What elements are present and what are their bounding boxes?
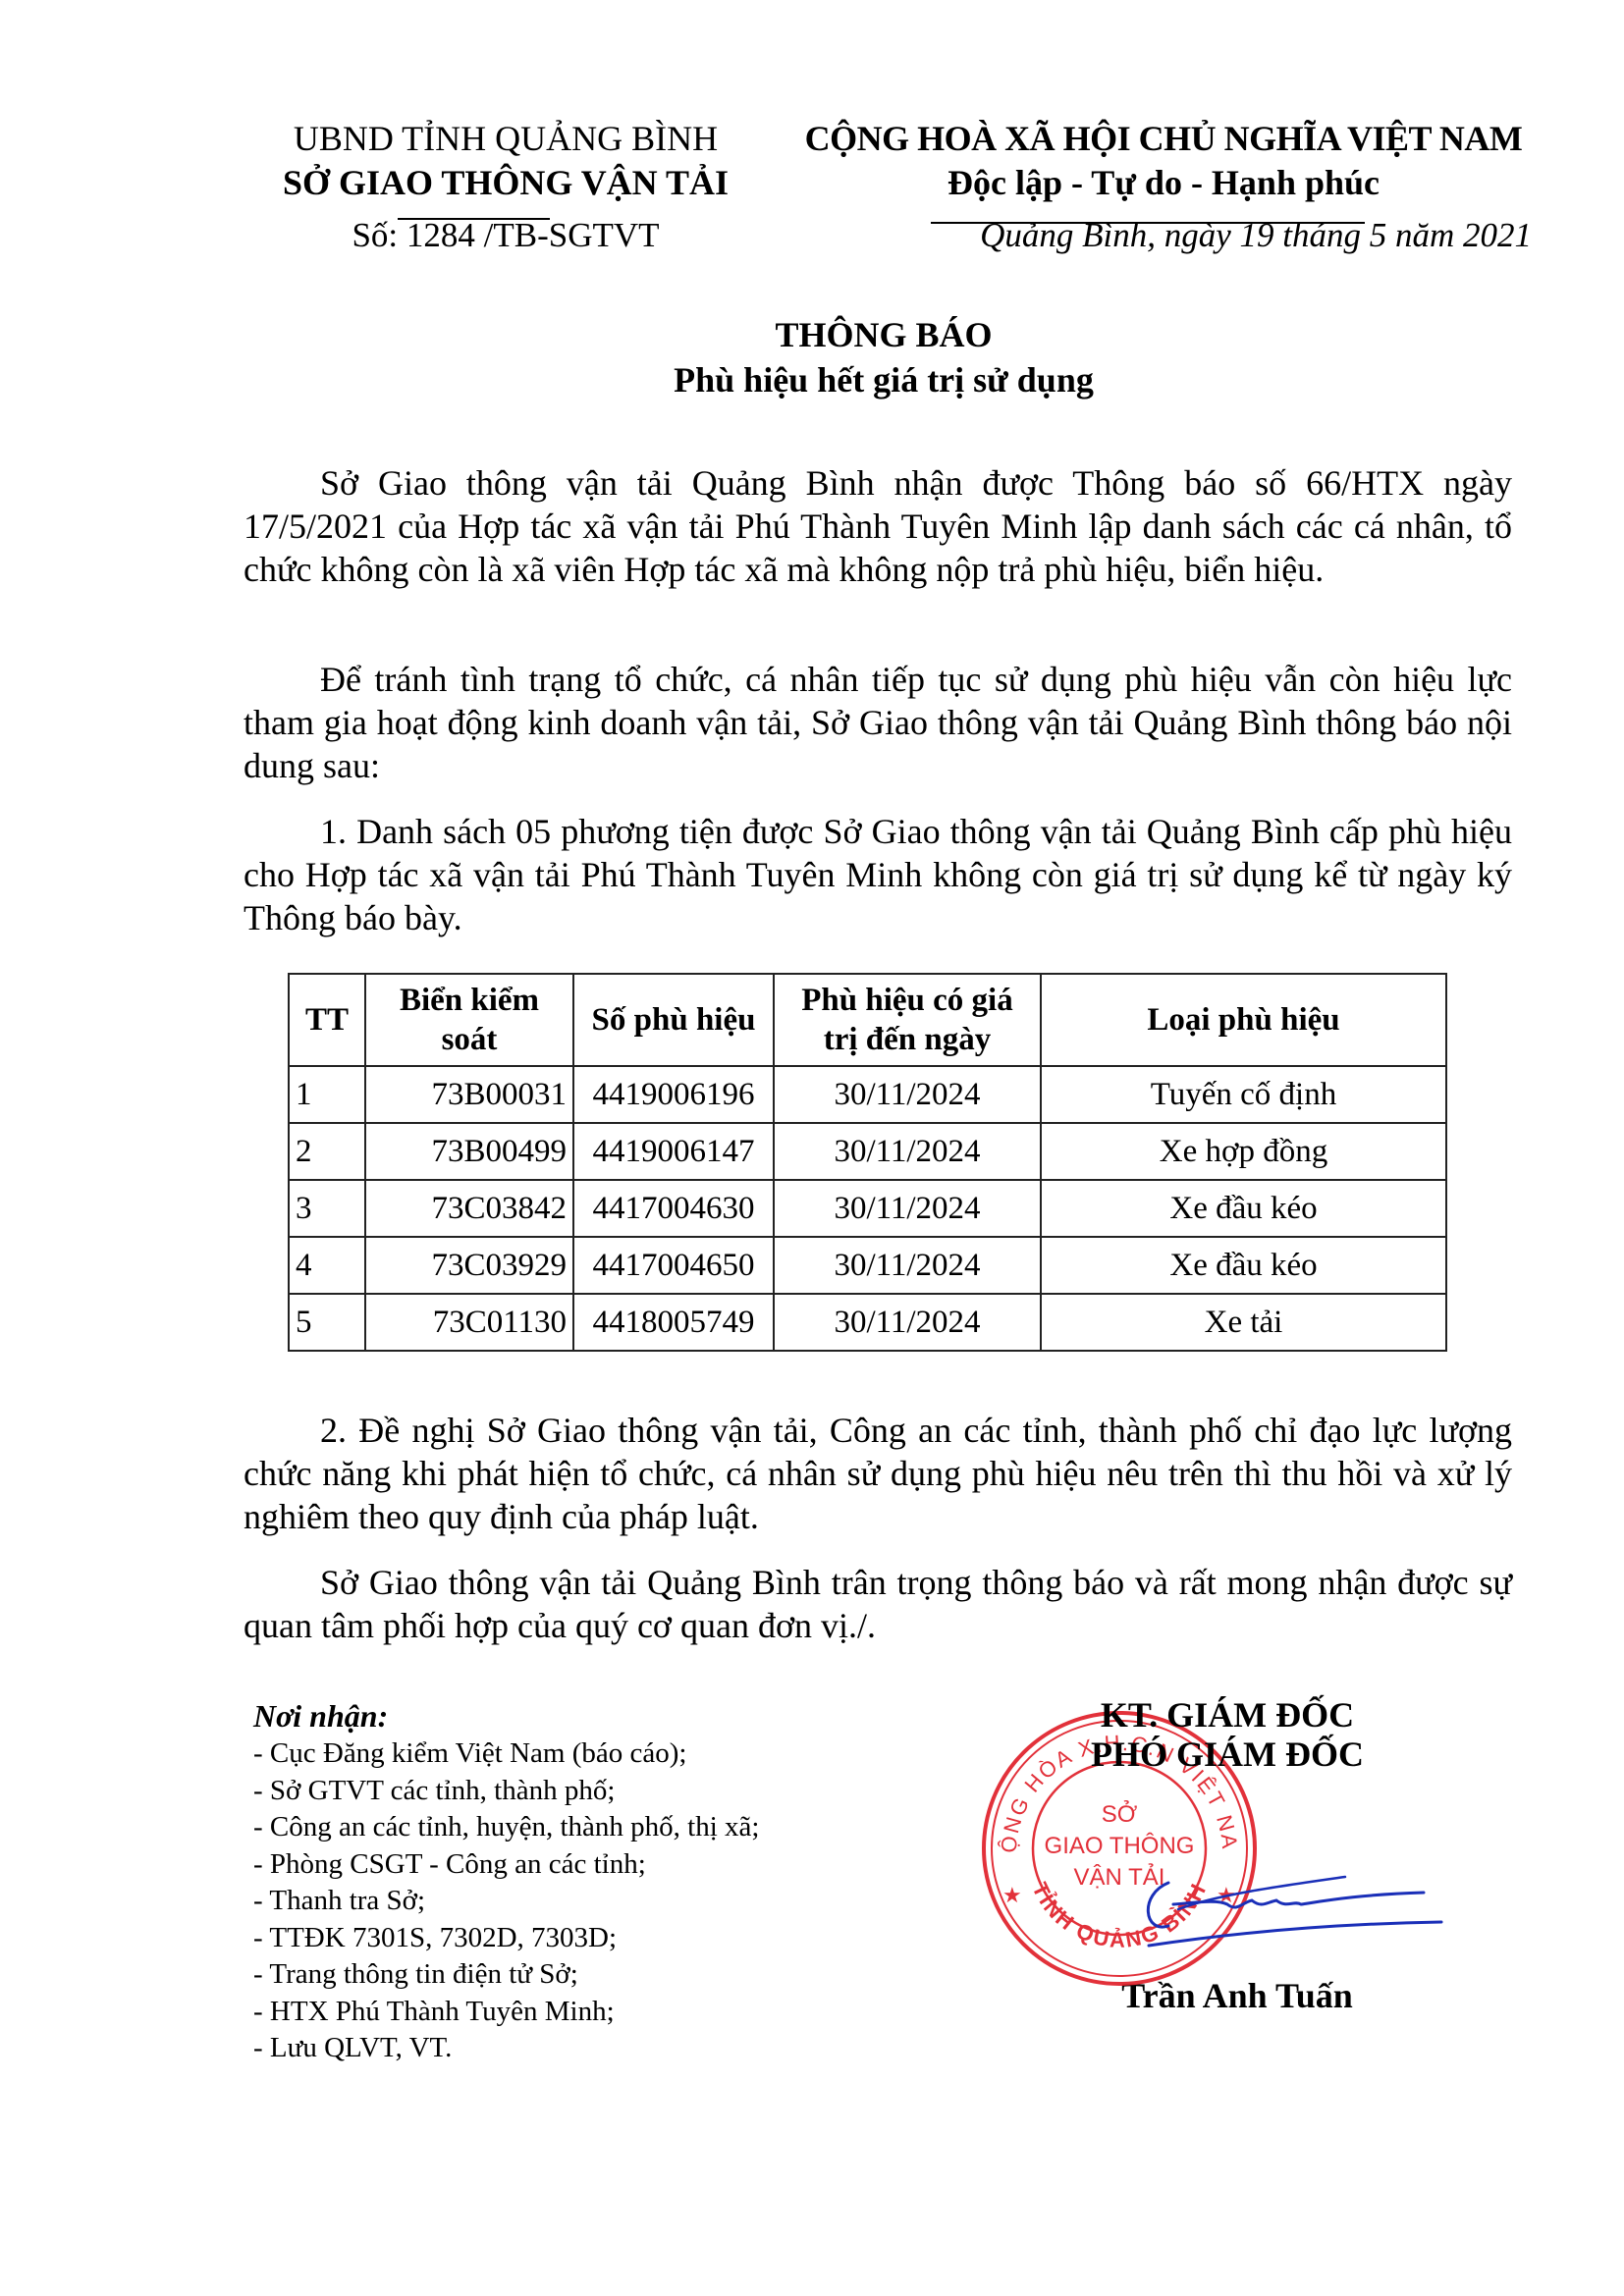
cell-valid-until: 30/11/2024 [774, 1066, 1041, 1123]
svg-text:SỞ: SỞ [1102, 1799, 1138, 1828]
cell-badge-type: Xe đầu kéo [1041, 1237, 1446, 1294]
table-row: 573C01130441800574930/11/2024Xe tải [289, 1294, 1446, 1351]
col-header-valid-until: Phù hiệu có giá trị đến ngày [774, 974, 1041, 1066]
table-header-row: TT Biển kiểm soát Số phù hiệu Phù hiệu c… [289, 974, 1446, 1066]
recipient-item: - Phòng CSGT - Công an các tỉnh; [253, 1846, 862, 1884]
col-header-badge-type: Loại phù hiệu [1041, 974, 1446, 1066]
national-motto: Độc lập - Tự do - Hạnh phúc [776, 161, 1551, 204]
cell-valid-until: 30/11/2024 [774, 1123, 1041, 1180]
col-header-badge-number: Số phù hiệu [573, 974, 774, 1066]
signer-position: PHÓ GIÁM ĐỐC [1031, 1735, 1424, 1774]
cell-badge-type: Xe đầu kéo [1041, 1180, 1446, 1237]
national-header-block: CỘNG HOÀ XÃ HỘI CHỦ NGHĨA VIỆT NAM Độc l… [776, 116, 1551, 257]
issuing-agency-block: UBND TỈNH QUẢNG BÌNH SỞ GIAO THÔNG VẬN T… [245, 116, 766, 257]
document-type: THÔNG BÁO [245, 312, 1522, 357]
cell-tt: 4 [289, 1237, 365, 1294]
agency-name: SỞ GIAO THÔNG VẬN TẢI [245, 161, 766, 204]
nation-name: CỘNG HOÀ XÃ HỘI CHỦ NGHĨA VIỆT NAM [776, 116, 1551, 161]
recipient-item: - Thanh tra Sở; [253, 1883, 862, 1920]
cell-plate: 73B00499 [365, 1123, 573, 1180]
recipient-item: - HTX Phú Thành Tuyên Minh; [253, 1994, 862, 2031]
recipient-item: - Lưu QLVT, VT. [253, 2030, 862, 2067]
cell-plate: 73C03842 [365, 1180, 573, 1237]
cell-badge-number: 4417004650 [573, 1237, 774, 1294]
recipient-item: - Cục Đăng kiểm Việt Nam (báo cáo); [253, 1735, 862, 1773]
table-row: 273B00499441900614730/11/2024Xe hợp đồng [289, 1123, 1446, 1180]
cell-valid-until: 30/11/2024 [774, 1294, 1041, 1351]
recipient-item: - TTĐK 7301S, 7302D, 7303D; [253, 1920, 862, 1957]
cell-badge-type: Xe tải [1041, 1294, 1446, 1351]
table-row: 173B00031441900619630/11/2024Tuyến cố đị… [289, 1066, 1446, 1123]
motto-underline [931, 222, 1365, 224]
cell-valid-until: 30/11/2024 [774, 1237, 1041, 1294]
cell-tt: 2 [289, 1123, 365, 1180]
cell-badge-number: 4418005749 [573, 1294, 774, 1351]
document-number-value: 1284 [406, 216, 475, 254]
cell-badge-type: Xe hợp đồng [1041, 1123, 1446, 1180]
svg-text:GIAO THÔNG: GIAO THÔNG [1045, 1832, 1195, 1859]
recipients-list: Nơi nhận: - Cục Đăng kiểm Việt Nam (báo … [253, 1696, 862, 2067]
recipient-item: - Trang thông tin điện tử Sở; [253, 1956, 862, 1994]
recipient-item: - Sở GTVT các tỉnh, thành phố; [253, 1773, 862, 1810]
signing-authority: KT. GIÁM ĐỐC [1031, 1695, 1424, 1735]
place-date: Quảng Bình, ngày 19 tháng 5 năm 2021 [776, 214, 1551, 257]
cell-plate: 73C03929 [365, 1237, 573, 1294]
cell-tt: 5 [289, 1294, 365, 1351]
signature-block: KT. GIÁM ĐỐC PHÓ GIÁM ĐỐC [1031, 1695, 1424, 1774]
table-row: 373C03842441700463030/11/2024Xe đầu kéo [289, 1180, 1446, 1237]
cell-badge-number: 4419006147 [573, 1123, 774, 1180]
cell-plate: 73C01130 [365, 1294, 573, 1351]
col-header-plate: Biển kiểm soát [365, 974, 573, 1066]
table-row: 473C03929441700465030/11/2024Xe đầu kéo [289, 1237, 1446, 1294]
paragraph-item-2: 2. Đề nghị Sở Giao thông vận tải, Công a… [244, 1409, 1512, 1538]
recipients-heading: Nơi nhận: [253, 1696, 862, 1735]
cell-valid-until: 30/11/2024 [774, 1180, 1041, 1237]
badge-table: TT Biển kiểm soát Số phù hiệu Phù hiệu c… [288, 973, 1447, 1352]
document-title-block: THÔNG BÁO Phù hiệu hết giá trị sử dụng [245, 312, 1522, 402]
col-header-tt: TT [289, 974, 365, 1066]
cell-tt: 1 [289, 1066, 365, 1123]
cell-tt: 3 [289, 1180, 365, 1237]
parent-agency: UBND TỈNH QUẢNG BÌNH [245, 116, 766, 161]
paragraph-intro: Sở Giao thông vận tải Quảng Bình nhận đư… [244, 461, 1512, 591]
recipient-item: - Công an các tỉnh, huyện, thành phố, th… [253, 1809, 862, 1846]
paragraph-item-1: 1. Danh sách 05 phương tiện được Sở Giao… [244, 810, 1512, 939]
paragraph-closing: Sở Giao thông vận tải Quảng Bình trân tr… [244, 1561, 1512, 1647]
cell-badge-number: 4419006196 [573, 1066, 774, 1123]
cell-badge-type: Tuyến cố định [1041, 1066, 1446, 1123]
cell-plate: 73B00031 [365, 1066, 573, 1123]
svg-text:★: ★ [1002, 1884, 1022, 1908]
paragraph-purpose: Để tránh tình trạng tổ chức, cá nhân tiế… [244, 658, 1512, 787]
document-number: Số: 1284 /TB-SGTVT [245, 214, 766, 257]
cell-badge-number: 4417004630 [573, 1180, 774, 1237]
document-subject: Phù hiệu hết giá trị sử dụng [245, 357, 1522, 402]
handwritten-signature-icon [1129, 1865, 1443, 1958]
agency-underline [398, 218, 550, 220]
